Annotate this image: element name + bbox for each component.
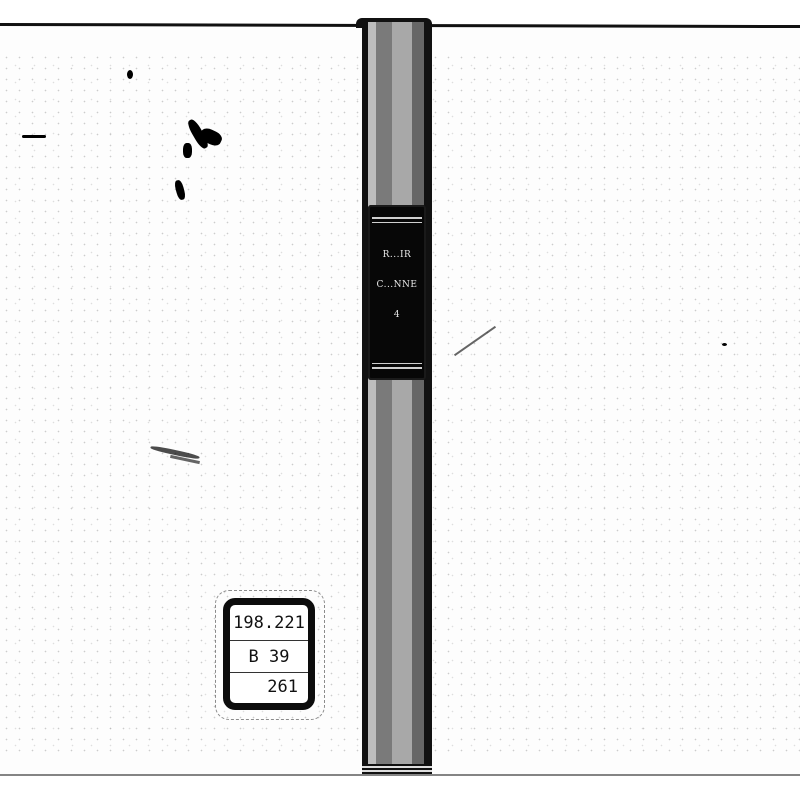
spine-title-label: R...IR C...NNE 4 xyxy=(368,205,426,380)
spine-rule-top xyxy=(372,217,422,219)
spine-title-line-1: R...IR xyxy=(368,250,426,260)
ink-spot xyxy=(127,70,133,79)
call-number-class: 198.221 xyxy=(230,607,308,639)
call-number-cutter: B 39 xyxy=(230,641,308,673)
spine-volume-number: 4 xyxy=(368,310,426,320)
cover-bottom-edge xyxy=(0,774,800,776)
spine-rule-bottom-thin xyxy=(372,363,422,364)
ink-mark xyxy=(22,135,46,138)
call-number-item: 261 xyxy=(230,671,308,703)
spine-title-line-2: C...NNE xyxy=(368,280,426,290)
stain-mark xyxy=(183,143,192,158)
spine-rule-bottom xyxy=(372,367,422,369)
book-spine xyxy=(362,22,432,774)
call-number-label: 198.221 B 39 261 xyxy=(223,598,315,710)
spine-rule-top-thin xyxy=(372,222,422,223)
scanned-cover: R...IR C...NNE 4 198.221 B 39 261 xyxy=(0,0,800,800)
spine-tail-cap xyxy=(362,764,432,774)
ink-spot xyxy=(722,343,727,346)
